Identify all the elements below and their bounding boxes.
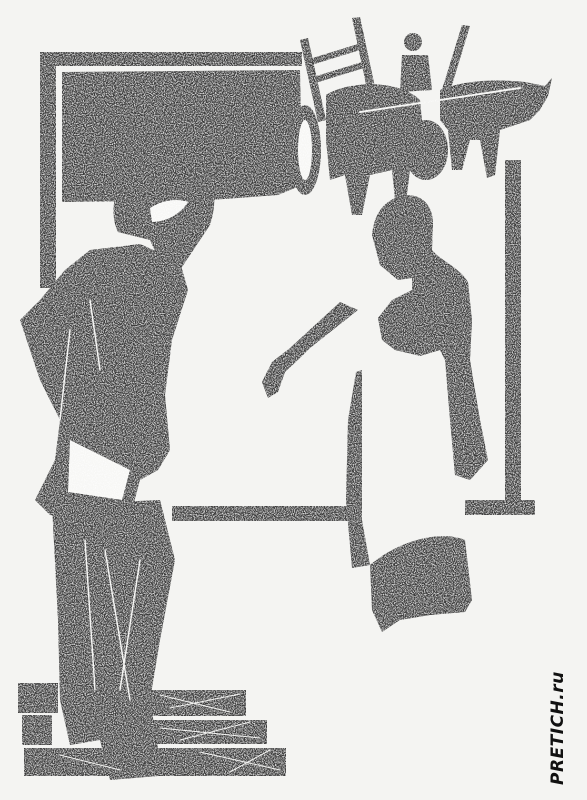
woman-figure	[262, 195, 488, 632]
woodcut-illustration	[0, 0, 587, 800]
steps	[18, 683, 286, 776]
watermark-text: PRETICH.ru	[548, 671, 568, 785]
